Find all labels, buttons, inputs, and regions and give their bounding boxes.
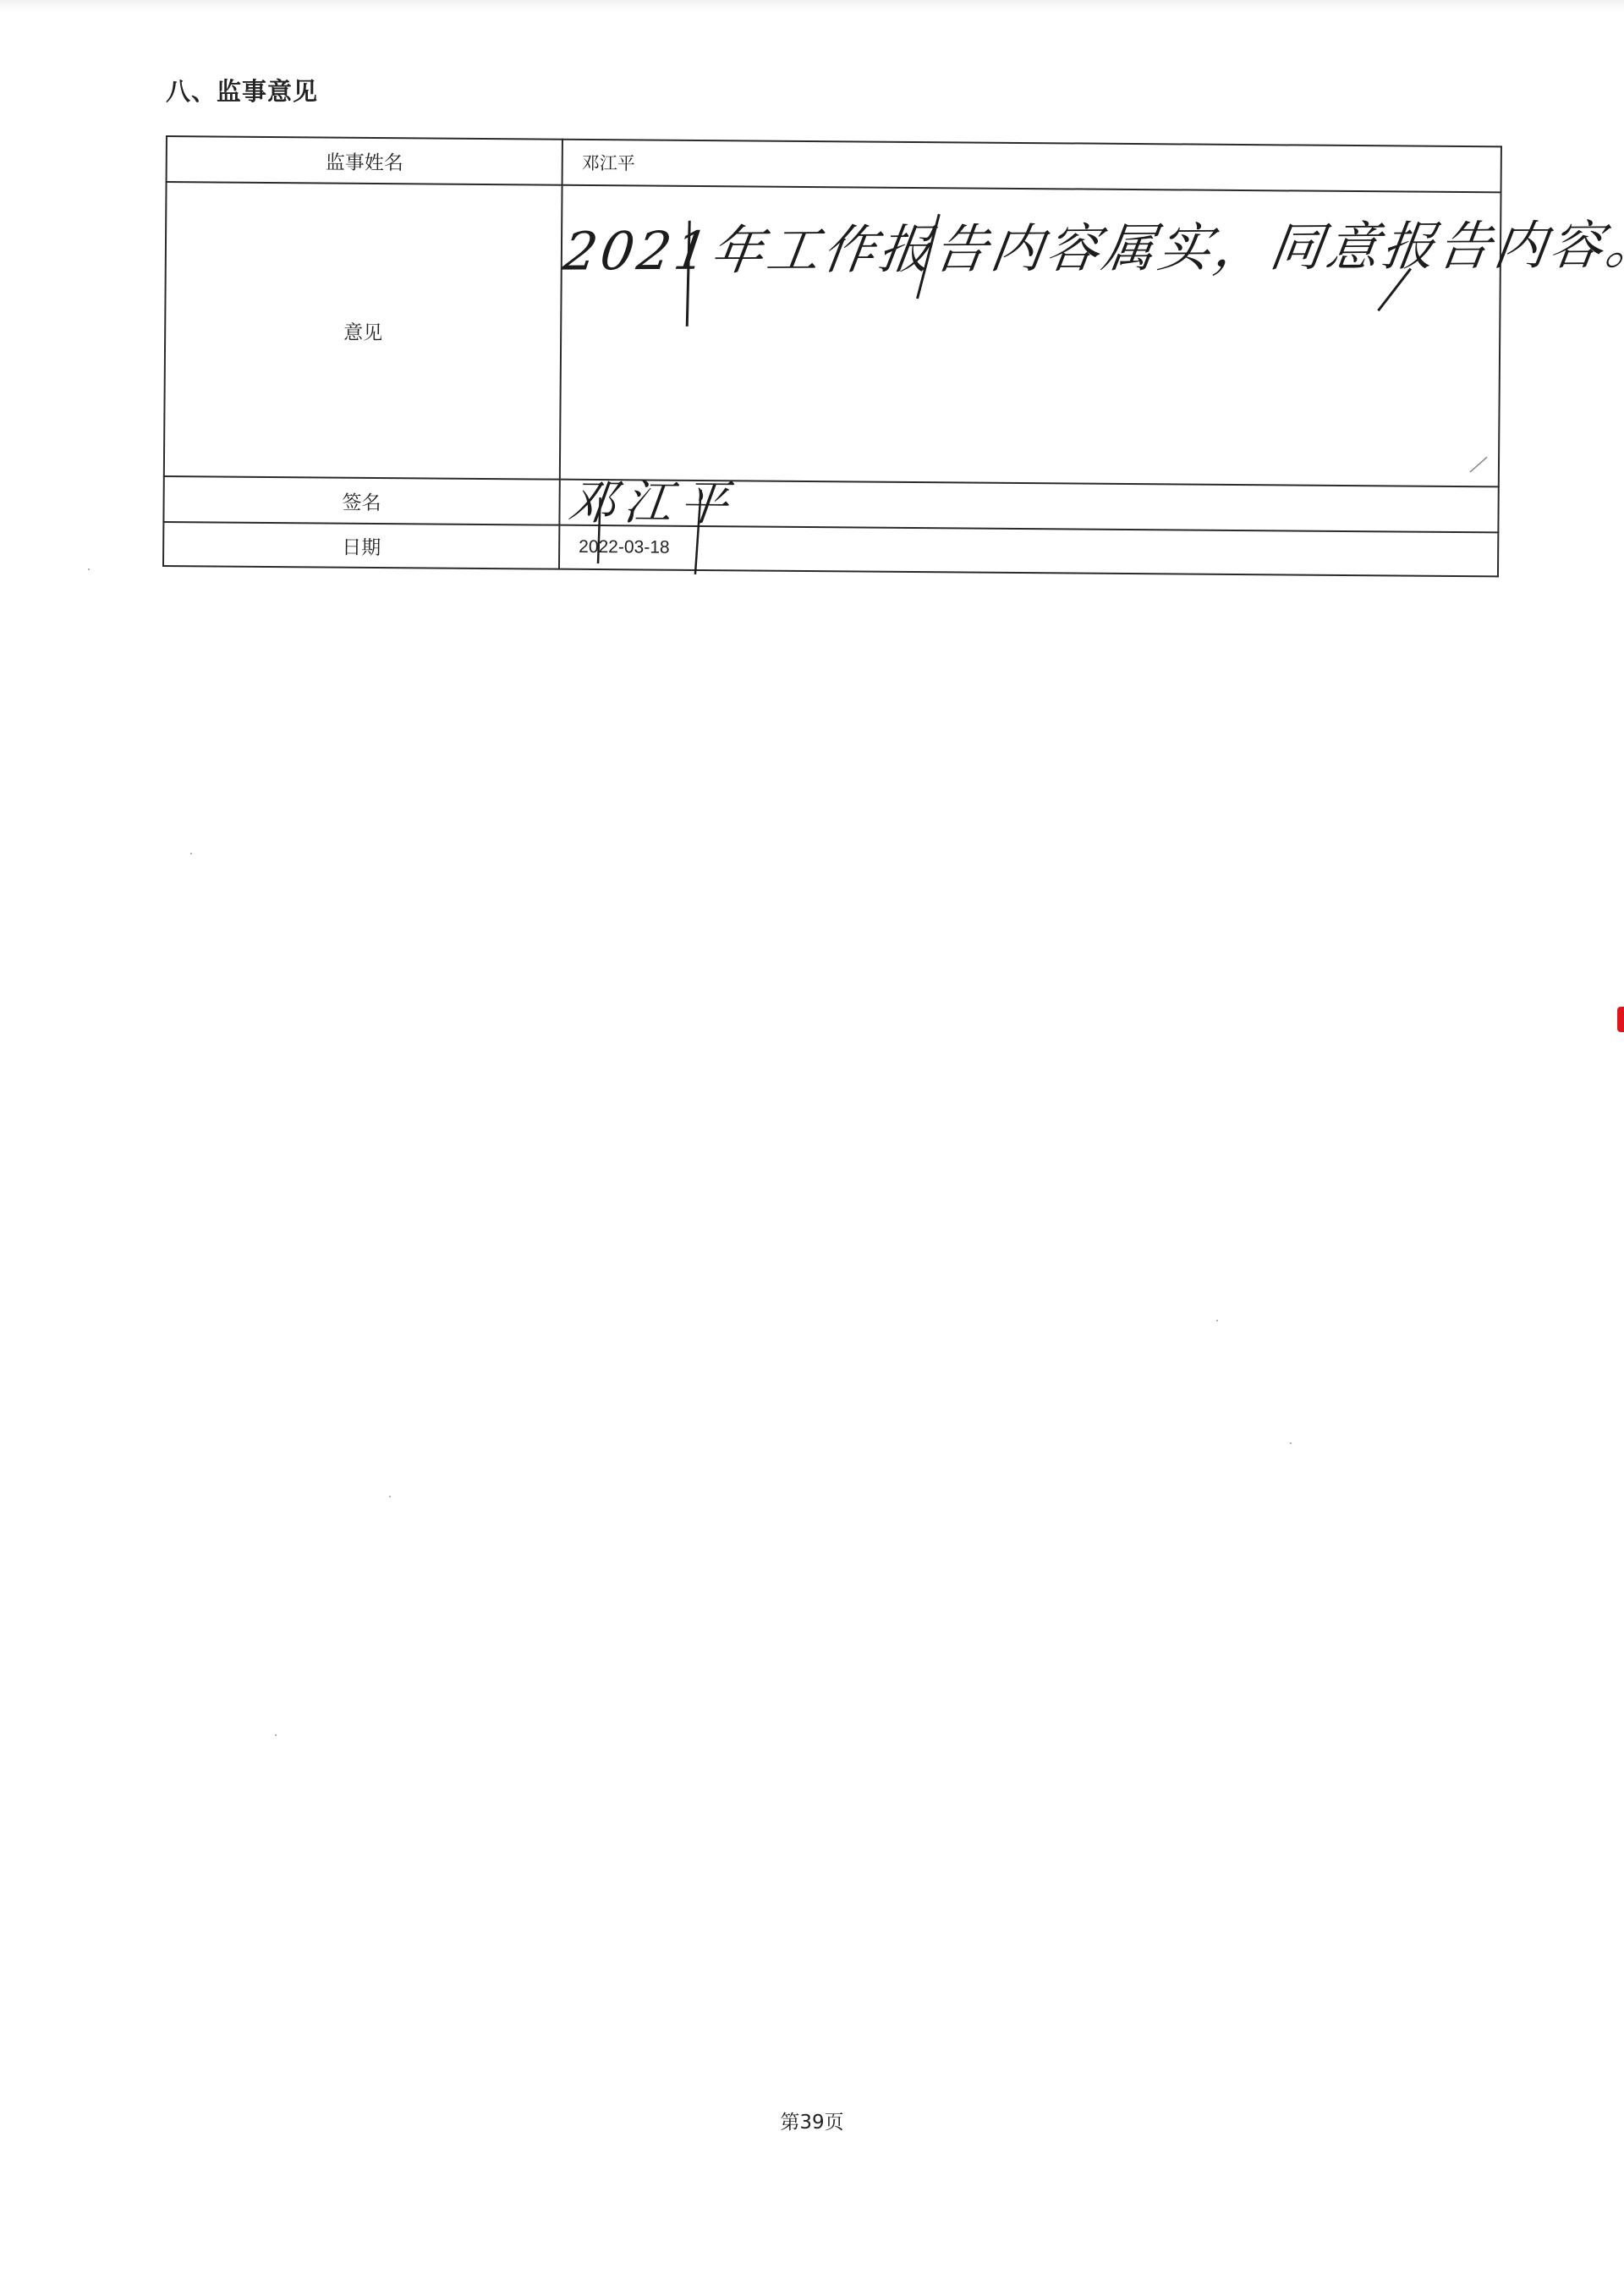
supervisor-opinion-table: 监事姓名 邓江平 意见 2021年工作报告内容属实，同意报告内容。 签名 邓江平: [162, 135, 1502, 577]
supervisor-name-label: 监事姓名: [167, 136, 562, 185]
scan-speck: [1290, 1442, 1292, 1444]
date-label: 日期: [163, 522, 559, 569]
scan-speck: [88, 569, 90, 570]
opinion-cell: 2021年工作报告内容属实，同意报告内容。: [560, 185, 1501, 487]
date-value: 2022-03-18: [559, 525, 1498, 577]
table-row-opinion: 意见 2021年工作报告内容属实，同意报告内容。: [164, 182, 1501, 486]
section-title: 八、监事意见: [166, 73, 318, 107]
seal-fragment-mark: [1617, 1007, 1624, 1032]
scan-edge: [0, 0, 1624, 12]
handwritten-signature: 邓江平: [565, 465, 740, 534]
scan-speck: [275, 1734, 277, 1736]
scan-speck: [389, 1496, 391, 1497]
signature-label: 签名: [163, 476, 559, 525]
table-row-date: 日期 2022-03-18: [163, 522, 1498, 576]
supervisor-name-value: 邓江平: [562, 140, 1501, 193]
document-page: 八、监事意见 监事姓名 邓江平 意见 2021年工作报告内容属实，同意报告内容。…: [0, 0, 1624, 2296]
signature-cell: 邓江平: [559, 480, 1498, 533]
opinion-label: 意见: [164, 182, 562, 480]
scan-speck: [190, 853, 192, 854]
handwritten-opinion: 2021年工作报告内容属实，同意报告内容。: [559, 203, 1624, 285]
scan-speck: [1216, 1320, 1218, 1321]
page-number: 第39页: [0, 2106, 1624, 2134]
